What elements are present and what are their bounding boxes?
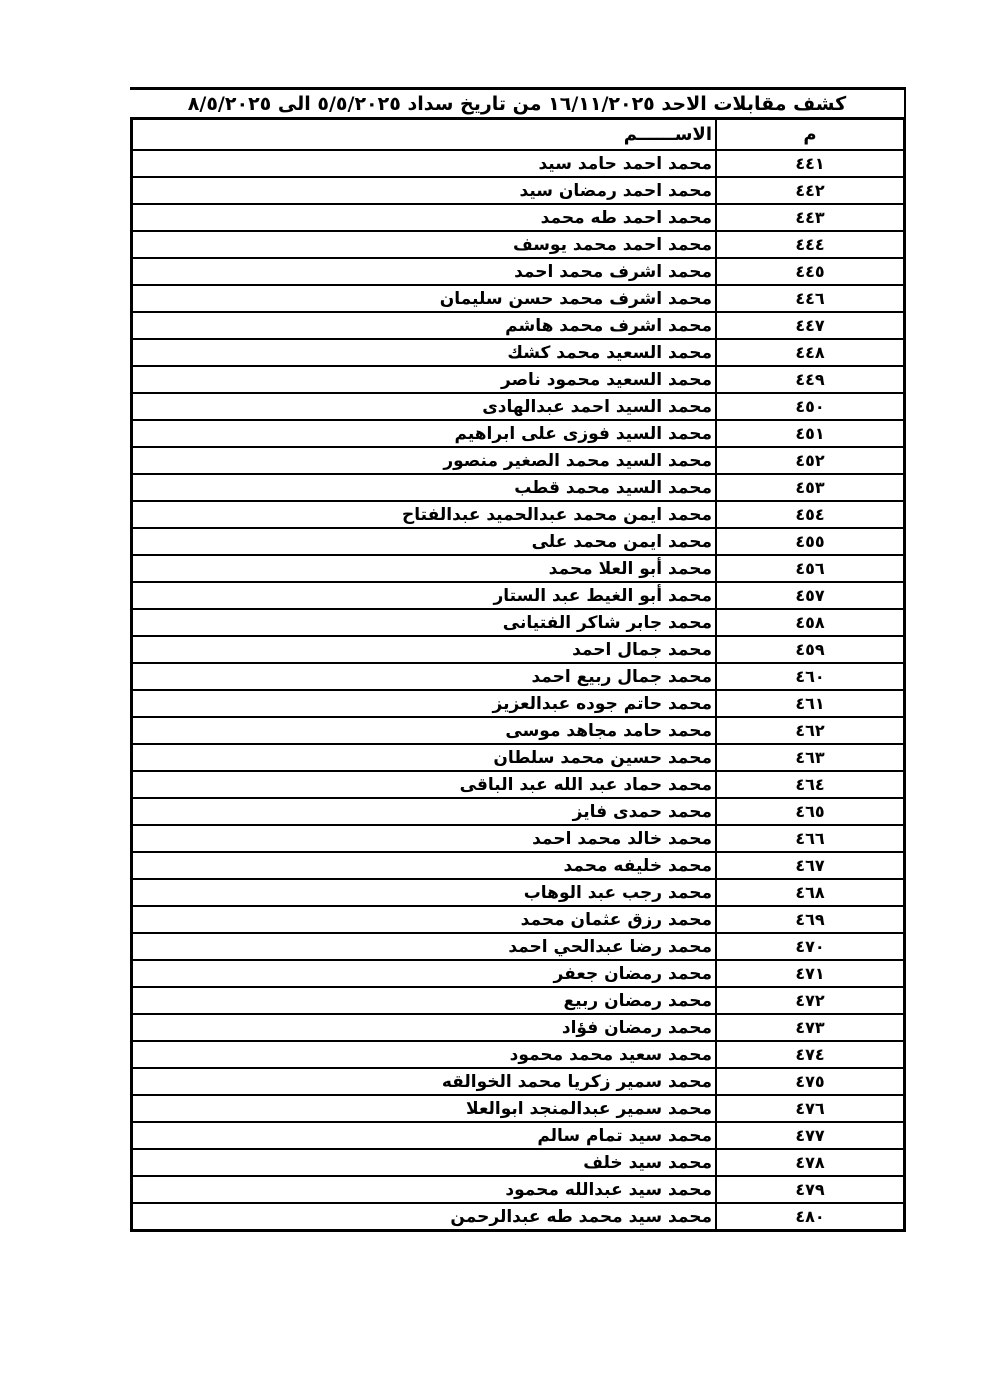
table-row: ٤٧٤محمد سعيد محمد محمود xyxy=(132,1041,905,1068)
table-row: ٤٧٢محمد رمضان ربيع xyxy=(132,987,905,1014)
table-row: ٤٥٨محمد جابر شاكر الفتيانى xyxy=(132,609,905,636)
table-row: ٤٥٣محمد السيد محمد قطب xyxy=(132,474,905,501)
serial-cell: ٤٧٤ xyxy=(716,1041,905,1068)
serial-cell: ٤٥٠ xyxy=(716,393,905,420)
serial-cell: ٤٧٥ xyxy=(716,1068,905,1095)
serial-cell: ٤٨٠ xyxy=(716,1203,905,1231)
table-row: ٤٥٥محمد ايمن محمد على xyxy=(132,528,905,555)
serial-cell: ٤٤٩ xyxy=(716,366,905,393)
table-row: ٤٧١محمد رمضان جعفر xyxy=(132,960,905,987)
name-cell: محمد رضا عبدالحي احمد xyxy=(132,933,717,960)
serial-cell: ٤٧٣ xyxy=(716,1014,905,1041)
serial-cell: ٤٤٤ xyxy=(716,231,905,258)
serial-cell: ٤٦٧ xyxy=(716,852,905,879)
table-row: ٤٤٦محمد اشرف محمد حسن سليمان xyxy=(132,285,905,312)
serial-cell: ٤٦٨ xyxy=(716,879,905,906)
name-cell: محمد رمضان ربيع xyxy=(132,987,717,1014)
table-row: ٤٦٧محمد خليفه محمد xyxy=(132,852,905,879)
serial-cell: ٤٤٢ xyxy=(716,177,905,204)
table-body: ٤٤١محمد احمد حامد سيد٤٤٢محمد احمد رمضان … xyxy=(132,150,905,1231)
name-cell: محمد سيد خلف xyxy=(132,1149,717,1176)
table-row: ٤٥٧محمد أبو الغيط عبد الستار xyxy=(132,582,905,609)
name-cell: محمد اشرف محمد احمد xyxy=(132,258,717,285)
document-page: { "page": { "background": "#ffffff", "te… xyxy=(0,0,990,1400)
name-cell: محمد خالد محمد احمد xyxy=(132,825,717,852)
table-row: ٤٦٦محمد خالد محمد احمد xyxy=(132,825,905,852)
name-cell: محمد حامد مجاهد موسى xyxy=(132,717,717,744)
table-row: ٤٦٣محمد حسين محمد سلطان xyxy=(132,744,905,771)
table-row: ٤٧٣محمد رمضان فؤاد xyxy=(132,1014,905,1041)
table-row: ٤٦٩محمد رزق عثمان محمد xyxy=(132,906,905,933)
serial-cell: ٤٥٧ xyxy=(716,582,905,609)
table-row: ٤٧٥محمد سمير زكريا محمد الخوالقه xyxy=(132,1068,905,1095)
table-row: ٤٤٥محمد اشرف محمد احمد xyxy=(132,258,905,285)
name-cell: محمد ايمن محمد على xyxy=(132,528,717,555)
meetings-list-sheet: كشف مقابلات الاحد ١٦/١١/٢٠٢٥ من تاريخ سد… xyxy=(130,87,906,1232)
table-row: ٤٥٤محمد ايمن محمد عبدالحميد عبدالفتاح xyxy=(132,501,905,528)
serial-cell: ٤٥١ xyxy=(716,420,905,447)
serial-cell: ٤٦٥ xyxy=(716,798,905,825)
name-cell: محمد ايمن محمد عبدالحميد عبدالفتاح xyxy=(132,501,717,528)
name-cell: محمد حمدى فايز xyxy=(132,798,717,825)
name-cell: محمد سمير زكريا محمد الخوالقه xyxy=(132,1068,717,1095)
table-row: ٤٥١محمد السيد فوزى على ابراهيم xyxy=(132,420,905,447)
name-cell: محمد سعيد محمد محمود xyxy=(132,1041,717,1068)
name-cell: محمد اشرف محمد هاشم xyxy=(132,312,717,339)
serial-cell: ٤٧٨ xyxy=(716,1149,905,1176)
table-row: ٤٦٤محمد حماد عبد الله عبد الباقى xyxy=(132,771,905,798)
serial-cell: ٤٤٥ xyxy=(716,258,905,285)
table-row: ٤٦٠محمد جمال ربيع احمد xyxy=(132,663,905,690)
name-cell: محمد احمد طه محمد xyxy=(132,204,717,231)
serial-cell: ٤٤٣ xyxy=(716,204,905,231)
name-cell: محمد السيد محمد الصغير منصور xyxy=(132,447,717,474)
name-cell: محمد خليفه محمد xyxy=(132,852,717,879)
table-row: ٤٦٥محمد حمدى فايز xyxy=(132,798,905,825)
name-cell: محمد السيد احمد عبدالهادى xyxy=(132,393,717,420)
name-cell: محمد أبو العلا محمد xyxy=(132,555,717,582)
name-cell: محمد السعيد محمود ناصر xyxy=(132,366,717,393)
table-row: ٤٤٧محمد اشرف محمد هاشم xyxy=(132,312,905,339)
meetings-table: م الاســــــم ٤٤١محمد احمد حامد سيد٤٤٢مح… xyxy=(130,117,906,1232)
name-cell: محمد جمال احمد xyxy=(132,636,717,663)
table-row: ٤٥٠محمد السيد احمد عبدالهادى xyxy=(132,393,905,420)
serial-cell: ٤٧٧ xyxy=(716,1122,905,1149)
name-cell: محمد أبو الغيط عبد الستار xyxy=(132,582,717,609)
serial-cell: ٤٧٢ xyxy=(716,987,905,1014)
serial-cell: ٤٦٠ xyxy=(716,663,905,690)
serial-cell: ٤٧٠ xyxy=(716,933,905,960)
name-cell: محمد السيد فوزى على ابراهيم xyxy=(132,420,717,447)
name-cell: محمد رزق عثمان محمد xyxy=(132,906,717,933)
table-row: ٤٨٠محمد سيد محمد طه عبدالرحمن xyxy=(132,1203,905,1231)
serial-cell: ٤٦٦ xyxy=(716,825,905,852)
table-title-row: كشف مقابلات الاحد ١٦/١١/٢٠٢٥ من تاريخ سد… xyxy=(130,87,906,117)
name-cell: محمد حاتم جوده عبدالعزيز xyxy=(132,690,717,717)
serial-cell: ٤٦٤ xyxy=(716,771,905,798)
name-cell: محمد احمد محمد يوسف xyxy=(132,231,717,258)
name-cell: محمد سيد عبدالله محمود xyxy=(132,1176,717,1203)
serial-cell: ٤٤٦ xyxy=(716,285,905,312)
serial-cell: ٤٤٨ xyxy=(716,339,905,366)
name-cell: محمد احمد رمضان سيد xyxy=(132,177,717,204)
serial-cell: ٤٧٩ xyxy=(716,1176,905,1203)
name-cell: محمد سيد محمد طه عبدالرحمن xyxy=(132,1203,717,1231)
table-row: ٤٤٩محمد السعيد محمود ناصر xyxy=(132,366,905,393)
serial-cell: ٤٥٣ xyxy=(716,474,905,501)
serial-cell: ٤٦١ xyxy=(716,690,905,717)
table-row: ٤٤١محمد احمد حامد سيد xyxy=(132,150,905,177)
serial-cell: ٤٤٧ xyxy=(716,312,905,339)
table-row: ٤٧٦محمد سمير عبدالمنجد ابوالعلا xyxy=(132,1095,905,1122)
name-cell: محمد السعيد محمد كشك xyxy=(132,339,717,366)
table-row: ٤٤٢محمد احمد رمضان سيد xyxy=(132,177,905,204)
table-row: ٤٤٤محمد احمد محمد يوسف xyxy=(132,231,905,258)
serial-cell: ٤٧١ xyxy=(716,960,905,987)
serial-cell: ٤٥٦ xyxy=(716,555,905,582)
header-row: م الاســــــم xyxy=(132,119,905,151)
table-row: ٤٦٨محمد رجب عبد الوهاب xyxy=(132,879,905,906)
name-cell: محمد اشرف محمد حسن سليمان xyxy=(132,285,717,312)
table-row: ٤٧٨محمد سيد خلف xyxy=(132,1149,905,1176)
serial-cell: ٤٤١ xyxy=(716,150,905,177)
table-row: ٤٧٠محمد رضا عبدالحي احمد xyxy=(132,933,905,960)
serial-cell: ٤٥٥ xyxy=(716,528,905,555)
serial-cell: ٤٥٩ xyxy=(716,636,905,663)
serial-cell: ٤٧٦ xyxy=(716,1095,905,1122)
table-row: ٤٧٧محمد سيد تمام سالم xyxy=(132,1122,905,1149)
serial-cell: ٤٦٩ xyxy=(716,906,905,933)
serial-cell: ٤٥٢ xyxy=(716,447,905,474)
name-cell: محمد رمضان فؤاد xyxy=(132,1014,717,1041)
table-row: ٤٦١محمد حاتم جوده عبدالعزيز xyxy=(132,690,905,717)
name-cell: محمد السيد محمد قطب xyxy=(132,474,717,501)
table-row: ٤٤٣محمد احمد طه محمد xyxy=(132,204,905,231)
name-cell: محمد رمضان جعفر xyxy=(132,960,717,987)
name-cell: محمد سيد تمام سالم xyxy=(132,1122,717,1149)
name-cell: محمد جمال ربيع احمد xyxy=(132,663,717,690)
name-cell: محمد رجب عبد الوهاب xyxy=(132,879,717,906)
name-cell: محمد احمد حامد سيد xyxy=(132,150,717,177)
name-cell: محمد جابر شاكر الفتيانى xyxy=(132,609,717,636)
table-row: ٤٧٩محمد سيد عبدالله محمود xyxy=(132,1176,905,1203)
table-row: ٤٥٦محمد أبو العلا محمد xyxy=(132,555,905,582)
table-row: ٤٥٩محمد جمال احمد xyxy=(132,636,905,663)
name-cell: محمد حسين محمد سلطان xyxy=(132,744,717,771)
table-row: ٤٤٨محمد السعيد محمد كشك xyxy=(132,339,905,366)
table-row: ٤٥٢محمد السيد محمد الصغير منصور xyxy=(132,447,905,474)
name-column-header: الاســــــم xyxy=(132,119,717,151)
serial-cell: ٤٥٨ xyxy=(716,609,905,636)
serial-cell: ٤٥٤ xyxy=(716,501,905,528)
table-row: ٤٦٢محمد حامد مجاهد موسى xyxy=(132,717,905,744)
name-cell: محمد سمير عبدالمنجد ابوالعلا xyxy=(132,1095,717,1122)
serial-cell: ٤٦٢ xyxy=(716,717,905,744)
name-cell: محمد حماد عبد الله عبد الباقى xyxy=(132,771,717,798)
table-title-text: كشف مقابلات الاحد ١٦/١١/٢٠٢٥ من تاريخ سد… xyxy=(188,93,846,115)
serial-column-header: م xyxy=(716,119,905,151)
serial-cell: ٤٦٣ xyxy=(716,744,905,771)
